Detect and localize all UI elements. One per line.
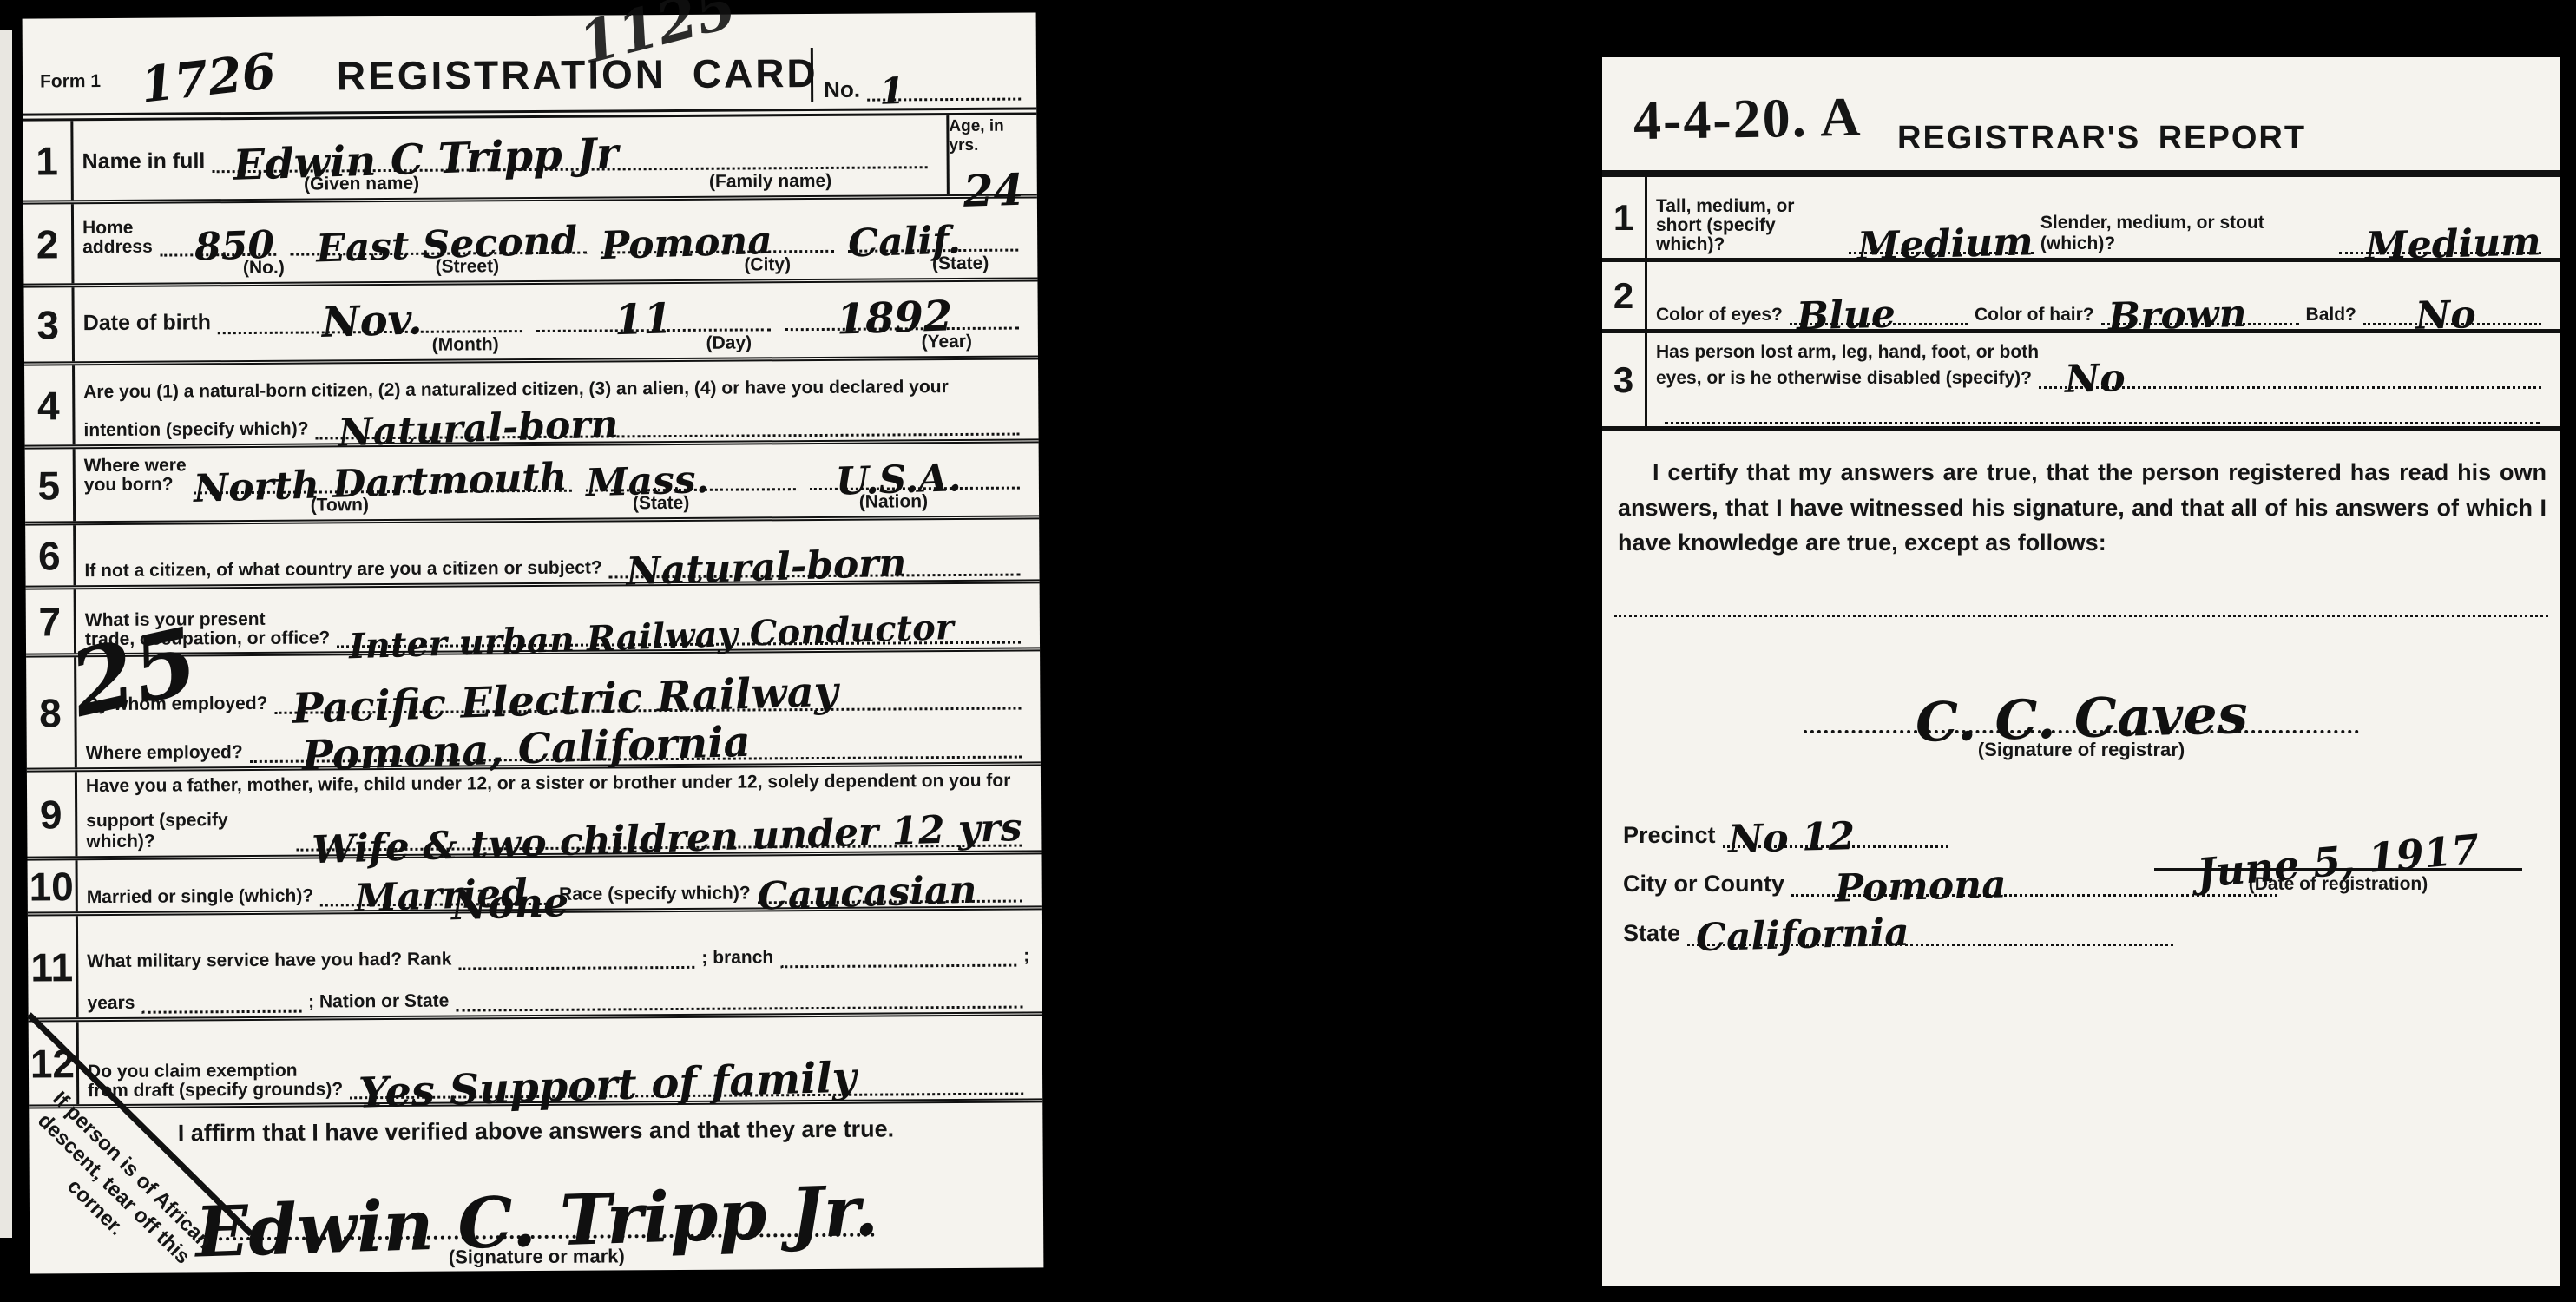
handwritten-build: Medium xyxy=(2365,226,2542,263)
handwritten-eye-color: Blue xyxy=(1796,298,1896,332)
date-of-registration-block: June 5, 1917 (Date of registration) xyxy=(2147,845,2529,895)
handwritten-citizen-of: Natural-born xyxy=(626,547,907,589)
report-row-build: 1 Tall, medium, orshort (specify which)?… xyxy=(1602,177,2560,262)
handwritten-birth-day: 11 xyxy=(614,301,673,339)
handwritten-height: Medium xyxy=(1857,226,2034,263)
handwritten-birth-state: Mass. xyxy=(585,464,709,500)
handwritten-citizenship: Natural-born xyxy=(338,408,619,450)
handwritten-disability: No xyxy=(2065,362,2126,396)
registrar-signature: C. C. Caves xyxy=(1915,692,2248,746)
row-number: 10 xyxy=(28,860,78,911)
hair-label: Color of hair? xyxy=(1975,305,2094,325)
disability-label-line1: Has person lost arm, leg, hand, foot, or… xyxy=(1656,342,2039,363)
card-title: REGISTRATION CARD xyxy=(337,49,818,99)
handwritten-report-state: California xyxy=(1696,917,1910,955)
scanned-document-page: Form 1 1726 REGISTRATION CARD 1125 No. 1… xyxy=(0,0,2576,1302)
branch-end: ; xyxy=(1023,946,1029,967)
precinct-label: Precinct xyxy=(1623,823,1716,848)
row-number: 3 xyxy=(23,287,75,361)
except-as-follows-line xyxy=(1614,615,2548,617)
report-row-disability: 3 Has person lost arm, leg, hand, foot, … xyxy=(1602,333,2560,431)
registrar-signature-block: C. C. Caves (Signature of registrar) xyxy=(1602,655,2560,761)
month-sublabel: (Month) xyxy=(432,334,499,355)
race-label: Race (specify which)? xyxy=(559,883,751,904)
citizen-of-label: If not a citizen, of what country are yo… xyxy=(84,558,601,582)
citizenship-question-line1: Are you (1) a natural-born citizen, (2) … xyxy=(83,377,949,403)
handwritten-city: Pomona xyxy=(601,224,773,262)
married-label: Married or single (which)? xyxy=(87,886,314,909)
row-citizen-of: 6 If not a citizen, of what country are … xyxy=(25,519,1039,589)
row-number: 11 xyxy=(28,916,79,1017)
registration-card: Form 1 1726 REGISTRATION CARD 1125 No. 1… xyxy=(23,12,1044,1273)
years-label: years xyxy=(87,993,135,1014)
handwritten-street: East Second xyxy=(316,224,578,265)
row-number: 5 xyxy=(25,449,76,521)
handwritten-hair-color: Brown xyxy=(2107,298,2247,334)
dependents-question-line2: support (specify which)? xyxy=(86,810,289,852)
registrant-signature-line: Edwin C. Tripp Jr. xyxy=(198,1147,876,1241)
report-row-features: 2 Color of eyes? Blue Color of hair? Bro… xyxy=(1602,262,2560,333)
eyes-label: Color of eyes? xyxy=(1656,305,1783,325)
state-label: State xyxy=(1623,921,1680,946)
form-number-label: Form 1 xyxy=(40,71,101,92)
where-employed-label: Where employed? xyxy=(86,742,243,764)
row-number: 6 xyxy=(25,525,76,585)
report-location-block: Precinct No 12 City or County Pomona Sta… xyxy=(1602,761,2560,946)
handwritten-state: Calif. xyxy=(848,224,962,260)
name-label: Name in full xyxy=(82,149,206,174)
city-county-label: City or County xyxy=(1623,871,1784,897)
registration-card-header: Form 1 1726 REGISTRATION CARD 1125 No. 1 xyxy=(23,12,1037,121)
handwritten-employer: Pacific Electric Railway xyxy=(292,674,838,727)
blank-dotted-line xyxy=(1665,422,2540,424)
handwritten-serial-number: 1726 xyxy=(139,51,278,108)
affirmation-text: I affirm that I have verified above answ… xyxy=(29,1115,1042,1147)
row-number: 1 xyxy=(23,121,74,200)
row-date-of-birth: 3 Date of birth Nov. 11 1892 (Month) (Da… xyxy=(23,281,1038,365)
military-service-label: What military service have you had? Rank xyxy=(87,950,451,973)
row-dependents: 9 Have you a father, mother, wife, child… xyxy=(27,766,1042,860)
row-military-service: 11 None What military service have you h… xyxy=(28,910,1042,1022)
branch-label: ; branch xyxy=(701,947,773,969)
registrar-signature-line: C. C. Caves xyxy=(1804,655,2359,733)
row-citizenship: 4 Are you (1) a natural-born citizen, (2… xyxy=(24,359,1039,449)
build-label: Slender, medium, or stout (which)? xyxy=(2040,213,2332,254)
handwritten-birth-month: Nov. xyxy=(321,302,423,341)
row-number: 9 xyxy=(27,772,78,856)
handwritten-city-county: Pomona xyxy=(1835,868,2008,905)
handwritten-birth-year: 1892 xyxy=(836,299,953,339)
row-number: 4 xyxy=(24,365,76,444)
registrars-report-card: 4-4-20. A REGISTRAR'S REPORT 1 Tall, med… xyxy=(1602,57,2560,1286)
order-number-label: No. xyxy=(824,77,860,102)
exemption-label: Do you claim exemptionfrom draft (specif… xyxy=(88,1061,343,1101)
row-number: 2 xyxy=(23,204,75,283)
row-name: 1 Name in full Edwin C Tripp Jr (Given n… xyxy=(23,115,1037,204)
handwritten-none: None xyxy=(450,885,569,923)
handwritten-order-number: 1 xyxy=(878,76,904,108)
row-number: 3 xyxy=(1602,333,1647,426)
day-sublabel: (Day) xyxy=(706,332,752,353)
report-header: 4-4-20. A REGISTRAR'S REPORT xyxy=(1602,57,2560,177)
dependents-question-line1: Have you a father, mother, wife, child u… xyxy=(86,771,1011,798)
handwritten-employer-location: Pomona, California xyxy=(301,725,751,774)
dob-label: Date of birth xyxy=(83,311,211,335)
row-home-address: 2 Homeaddress 850 East Second Pomona Cal… xyxy=(23,198,1038,287)
handwritten-birth-town: North Dartmouth xyxy=(193,461,568,505)
disability-label-line2: eyes, or is he otherwise disabled (speci… xyxy=(1656,368,2032,389)
row-number: 2 xyxy=(1602,262,1647,329)
state-field: State California xyxy=(1623,919,2534,945)
home-address-label: Homeaddress xyxy=(82,219,153,258)
handwritten-exemption: Yes Support of family xyxy=(358,1060,858,1111)
row-employer: 8 25 By whom employed? Pacific Electric … xyxy=(26,651,1041,772)
handwritten-house-number: 850 xyxy=(194,228,274,263)
row-number: 1 xyxy=(1602,177,1647,258)
order-number-box: No. 1 xyxy=(811,47,1028,102)
adjacent-card-edge xyxy=(0,30,12,1238)
handwritten-race: Caucasian xyxy=(757,873,977,913)
handwritten-name: Edwin C Tripp Jr xyxy=(233,136,619,184)
height-label: Tall, medium, orshort (specify which)? xyxy=(1656,197,1842,254)
handwritten-bald: No xyxy=(2415,299,2476,332)
date-stamp: 4-4-20. A xyxy=(1633,85,1863,154)
report-title: REGISTRAR'S REPORT xyxy=(1897,120,2306,157)
nation-or-state-label: ; Nation or State xyxy=(308,991,449,1013)
family-name-sublabel: (Family name) xyxy=(709,171,831,193)
handwritten-precinct: No 12 xyxy=(1727,820,1855,856)
citizenship-question-line2: intention (specify which)? xyxy=(83,419,308,442)
age-header: Age, in yrs. xyxy=(949,116,1036,155)
handwritten-scribble-25: 25 xyxy=(64,621,203,723)
birthplace-label: Where wereyou born? xyxy=(84,456,187,495)
row-exemption: 12 Do you claim exemptionfrom draft (spe… xyxy=(29,1016,1043,1108)
certification-text: I certify that my answers are true, that… xyxy=(1602,431,2560,561)
row-birthplace: 5 Where wereyou born? North Dartmouth Ma… xyxy=(25,443,1040,525)
bald-label: Bald? xyxy=(2306,305,2356,325)
registrant-signature: Edwin C. Tripp Jr. xyxy=(194,1180,878,1261)
age-column: Age, in yrs. 24 xyxy=(946,115,1037,194)
handwritten-birth-nation: U.S.A. xyxy=(835,462,962,498)
